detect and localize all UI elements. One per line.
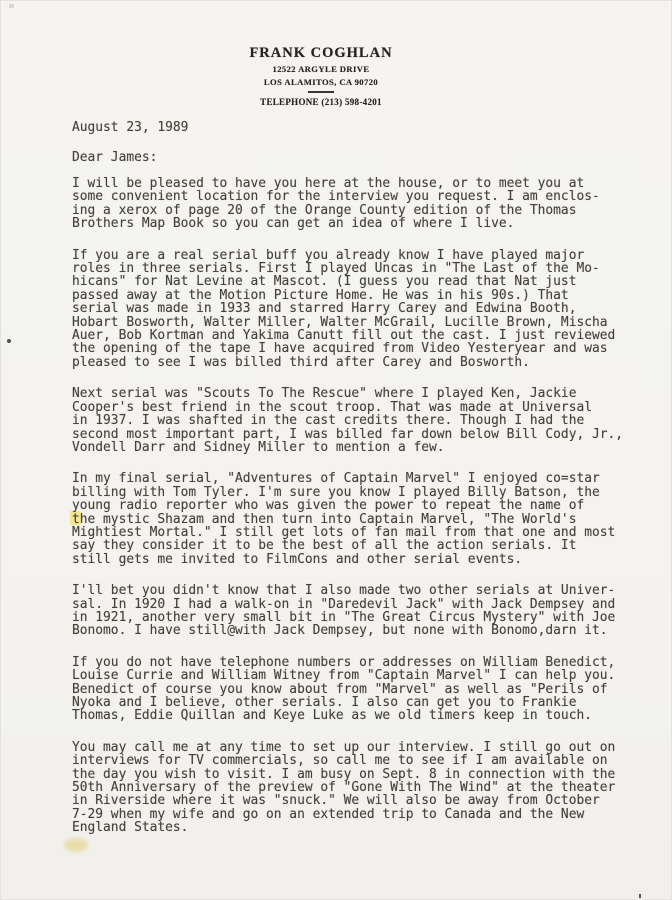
- letterhead-address-line2: LOS ALAMITOS, CA 90720: [0, 76, 642, 88]
- letter-page: FRANK COGHLAN 12522 ARGYLE DRIVE LOS ALA…: [0, 0, 672, 900]
- paragraph-4: In my final serial, "Adventures of Capta…: [72, 472, 652, 566]
- paragraph-2: If you are a real serial buff you alread…: [72, 249, 652, 370]
- paper-speck-bottom: [639, 894, 641, 898]
- letter-salutation: Dear James:: [72, 151, 157, 164]
- paragraph-1: I will be pleased to have you here at th…: [72, 177, 652, 231]
- paper-speck-top-left: [9, 4, 14, 8]
- letterhead-address-line1: 12522 ARGYLE DRIVE: [0, 63, 642, 75]
- paragraph-5: I'll bet you didn't know that I also mad…: [72, 584, 652, 638]
- letterhead-name: FRANK COGHLAN: [0, 45, 642, 62]
- paragraph-3: Next serial was "Scouts To The Rescue" w…: [72, 387, 652, 454]
- paragraph-7: You may call me at any time to set up ou…: [72, 741, 652, 835]
- paper-smudge-yellow: [64, 838, 88, 852]
- letterhead-telephone: TELEPHONE (213) 598-4201: [0, 96, 642, 108]
- paper-speck-left-margin: [7, 339, 11, 343]
- letterhead: FRANK COGHLAN 12522 ARGYLE DRIVE LOS ALA…: [0, 45, 642, 108]
- letterhead-divider: [308, 91, 334, 93]
- paragraph-6: If you do not have telephone numbers or …: [72, 656, 652, 723]
- letter-date: August 23, 1989: [72, 121, 188, 134]
- letter-body: I will be pleased to have you here at th…: [72, 177, 652, 853]
